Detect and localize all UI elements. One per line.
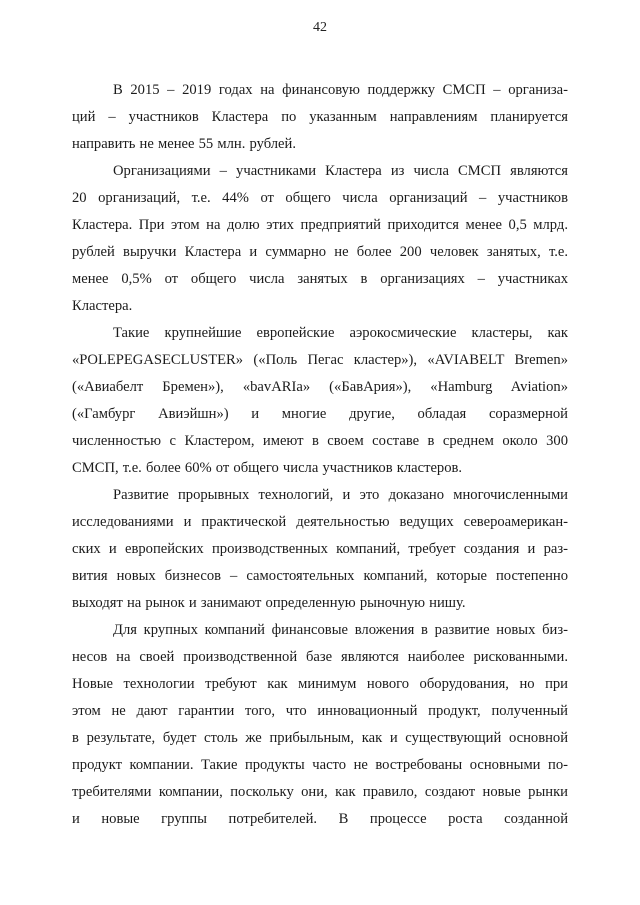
text-line: исследованиями и практической деятельнос… <box>72 509 568 536</box>
text-line: Кластера. <box>72 293 568 320</box>
text-line: несов на своей производственной базе явл… <box>72 644 568 671</box>
page-number: 42 <box>0 20 640 36</box>
text-line: численностью с Кластером, имеют в своем … <box>72 428 568 455</box>
text-line: «POLEPEGASECLUSTER» («Поль Пегас кластер… <box>72 347 568 374</box>
text-line: Кластера. При этом на долю этих предприя… <box>72 212 568 239</box>
text-line: Новые технологии требуют как минимум нов… <box>72 671 568 698</box>
text-line: Организациями – участниками Кластера из … <box>72 158 568 185</box>
text-line: Для крупных компаний финансовые вложения… <box>72 617 568 644</box>
page-body: В 2015 – 2019 годах на финансовую поддер… <box>72 77 568 833</box>
text-line: В 2015 – 2019 годах на финансовую поддер… <box>72 77 568 104</box>
text-line: вития новых бизнесов – самостоятельных к… <box>72 563 568 590</box>
text-line: рублей выручки Кластера и суммарно не бо… <box>72 239 568 266</box>
text-line: продукт компании. Такие продукты часто н… <box>72 752 568 779</box>
text-line: ций – участников Кластера по указанным н… <box>72 104 568 131</box>
text-line: ских и европейских производственных комп… <box>72 536 568 563</box>
text-line: СМСП, т.е. более 60% от общего числа уча… <box>72 455 568 482</box>
text-line: менее 0,5% от общего числа занятых в орг… <box>72 266 568 293</box>
text-line: («Авиабелт Бремен»), «bavARIa» («БавАрия… <box>72 374 568 401</box>
text-line: направить не менее 55 млн. рублей. <box>72 131 568 158</box>
text-line: этом не дают гарантии того, что инноваци… <box>72 698 568 725</box>
text-line: 20 организаций, т.е. 44% от общего числа… <box>72 185 568 212</box>
text-line: Развитие прорывных технологий, и это док… <box>72 482 568 509</box>
text-line: требителями компании, поскольку они, как… <box>72 779 568 806</box>
document-page: 42 В 2015 – 2019 годах на финансовую под… <box>0 0 640 905</box>
text-line: выходят на рынок и занимают определенную… <box>72 590 568 617</box>
text-line: и новые группы потребителей. В процессе … <box>72 806 568 833</box>
text-line: («Гамбург Авиэйшн») и многие другие, обл… <box>72 401 568 428</box>
text-line: в результате, будет столь же прибыльным,… <box>72 725 568 752</box>
text-line: Такие крупнейшие европейские аэрокосмиче… <box>72 320 568 347</box>
